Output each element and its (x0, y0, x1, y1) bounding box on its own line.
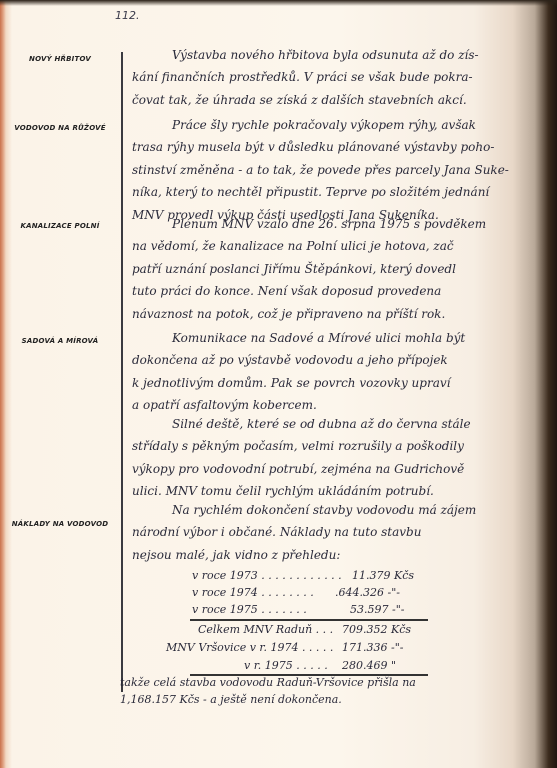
paragraph-vodovod: Práce šly rychle pokračovaly výkopem rýh… (132, 114, 532, 226)
text-line: takže celá stavba vodovodu Raduň-Vršovic… (120, 674, 520, 691)
text-line: trasa rýhy musela být v důsledku plánova… (132, 136, 532, 158)
vrsovice-1974-label: MNV Vršovice v r. 1974 . . . . . (166, 641, 333, 654)
text-line: střídaly s pěkným počasím, velmi rozruši… (132, 435, 532, 457)
text-line: Silné deště, které se od dubna až do čer… (132, 413, 532, 435)
margin-heading-novy-hrbitov: NOVÝ HŘBITOV (0, 55, 120, 63)
text-line: patří uznání poslanci Jiřímu Štěpánkovi,… (132, 258, 532, 280)
cost-amount-1973: 11.379 Kčs (352, 569, 414, 582)
margin-rule (121, 52, 123, 692)
text-line: kání finančních prostředků. V práci se v… (132, 66, 532, 88)
paragraph-hrbitov: Výstavba nového hřbitova byla odsunuta a… (132, 44, 532, 111)
notebook-page: 112. NOVÝ HŘBITOV VODOVOD NA RŮŽOVÉ KANA… (0, 0, 557, 768)
total-raduň-label: Celkem MNV Raduň . . . (198, 623, 333, 636)
cost-amount-1974: .644.326 -"- (335, 586, 400, 599)
cost-amount-1975: 53.597 -"- (350, 603, 404, 616)
margin-heading-kanalizace: KANALIZACE POLNÍ (0, 222, 120, 230)
page-number: 112. (115, 9, 140, 22)
conclusion: takže celá stavba vodovodu Raduň-Vršovic… (120, 674, 520, 708)
margin-heading-vodovod: VODOVOD NA RŮŽOVÉ (0, 124, 120, 132)
text-line: stinství změněna - a to tak, že povede p… (132, 159, 532, 181)
sum-rule (190, 619, 428, 621)
vrsovice-1974-amount: 171.336 -"- (342, 641, 403, 654)
text-line: 1,168.157 Kčs - a ještě není dokončena. (120, 691, 520, 708)
text-line: čovat tak, že úhrada se získá z dalších … (132, 89, 532, 111)
cost-label-1974: v roce 1974 . . . . . . . . (192, 586, 314, 599)
margin-heading-naklady: NÁKLADY NA VODOVOD (0, 520, 120, 528)
paragraph-naklady: Na rychlém dokončení stavby vodovodu má … (132, 499, 532, 566)
text-line: na vědomí, že kanalizace na Polní ulici … (132, 235, 532, 257)
total-raduň-amount: 709.352 Kčs (342, 623, 411, 636)
text-line: nejsou malé, jak vidno z přehledu: (132, 544, 532, 566)
text-line: Plénum MNV vzalo dne 26. srpna 1975 s po… (132, 213, 532, 235)
margin-heading-sadova-mirova: SADOVÁ A MÍROVÁ (0, 337, 120, 345)
text-line: k jednotlivým domům. Pak se povrch vozov… (132, 372, 532, 394)
text-line: Komunikace na Sadové a Mírové ulici mohl… (132, 327, 532, 349)
cost-label-1973: v roce 1973 . . . . . . . . . . . . (192, 569, 342, 582)
text-line: Výstavba nového hřbitova byla odsunuta a… (132, 44, 532, 66)
text-line: tuto práci do konce. Není však doposud p… (132, 280, 532, 302)
vrsovice-1975-label: v r. 1975 . . . . . (244, 659, 328, 672)
page-top-shadow (0, 0, 557, 6)
text-line: výkopy pro vodovodní potrubí, zejména na… (132, 458, 532, 480)
vrsovice-1975-amount: 280.469 " (342, 659, 396, 672)
cost-label-1975: v roce 1975 . . . . . . . (192, 603, 307, 616)
text-line: Práce šly rychle pokračovaly výkopem rýh… (132, 114, 532, 136)
paragraph-kanalizace: Plénum MNV vzalo dne 26. srpna 1975 s po… (132, 213, 532, 325)
paragraph-deste: Silné deště, které se od dubna až do čer… (132, 413, 532, 503)
text-line: níka, který to nechtěl připustit. Teprve… (132, 181, 532, 203)
text-line: národní výbor i občané. Náklady na tuto … (132, 521, 532, 543)
text-line: Na rychlém dokončení stavby vodovodu má … (132, 499, 532, 521)
text-line: návaznost na potok, což je připraveno na… (132, 303, 532, 325)
text-line: dokončena až po výstavbě vodovodu a jeho… (132, 349, 532, 371)
paragraph-sadova: Komunikace na Sadové a Mírové ulici mohl… (132, 327, 532, 417)
